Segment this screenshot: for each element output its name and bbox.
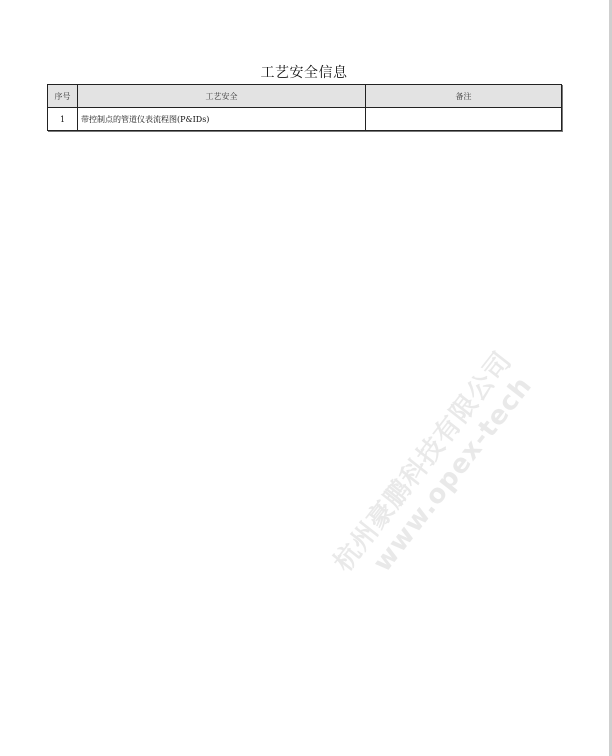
header-remark: 备注 [366, 85, 562, 108]
cell-item: 带控制点的管道仪表流程图(P&IDs) [78, 108, 366, 131]
document-title: 工艺安全信息 [0, 62, 608, 82]
watermark-website: www.opex-tech [367, 373, 536, 577]
watermark-company: 杭州豪鹏科技有限公司 [324, 350, 513, 578]
cell-remark [366, 108, 562, 131]
cell-index: 1 [48, 108, 78, 131]
header-process-safety: 工艺安全 [78, 85, 366, 108]
process-safety-table: 序号 工艺安全 备注 1 带控制点的管道仪表流程图(P&IDs) [47, 84, 562, 131]
table-row: 1 带控制点的管道仪表流程图(P&IDs) [48, 108, 562, 131]
header-index: 序号 [48, 85, 78, 108]
watermark: 杭州豪鹏科技有限公司 www.opex-tech [324, 350, 537, 596]
table-header-row: 序号 工艺安全 备注 [48, 85, 562, 108]
